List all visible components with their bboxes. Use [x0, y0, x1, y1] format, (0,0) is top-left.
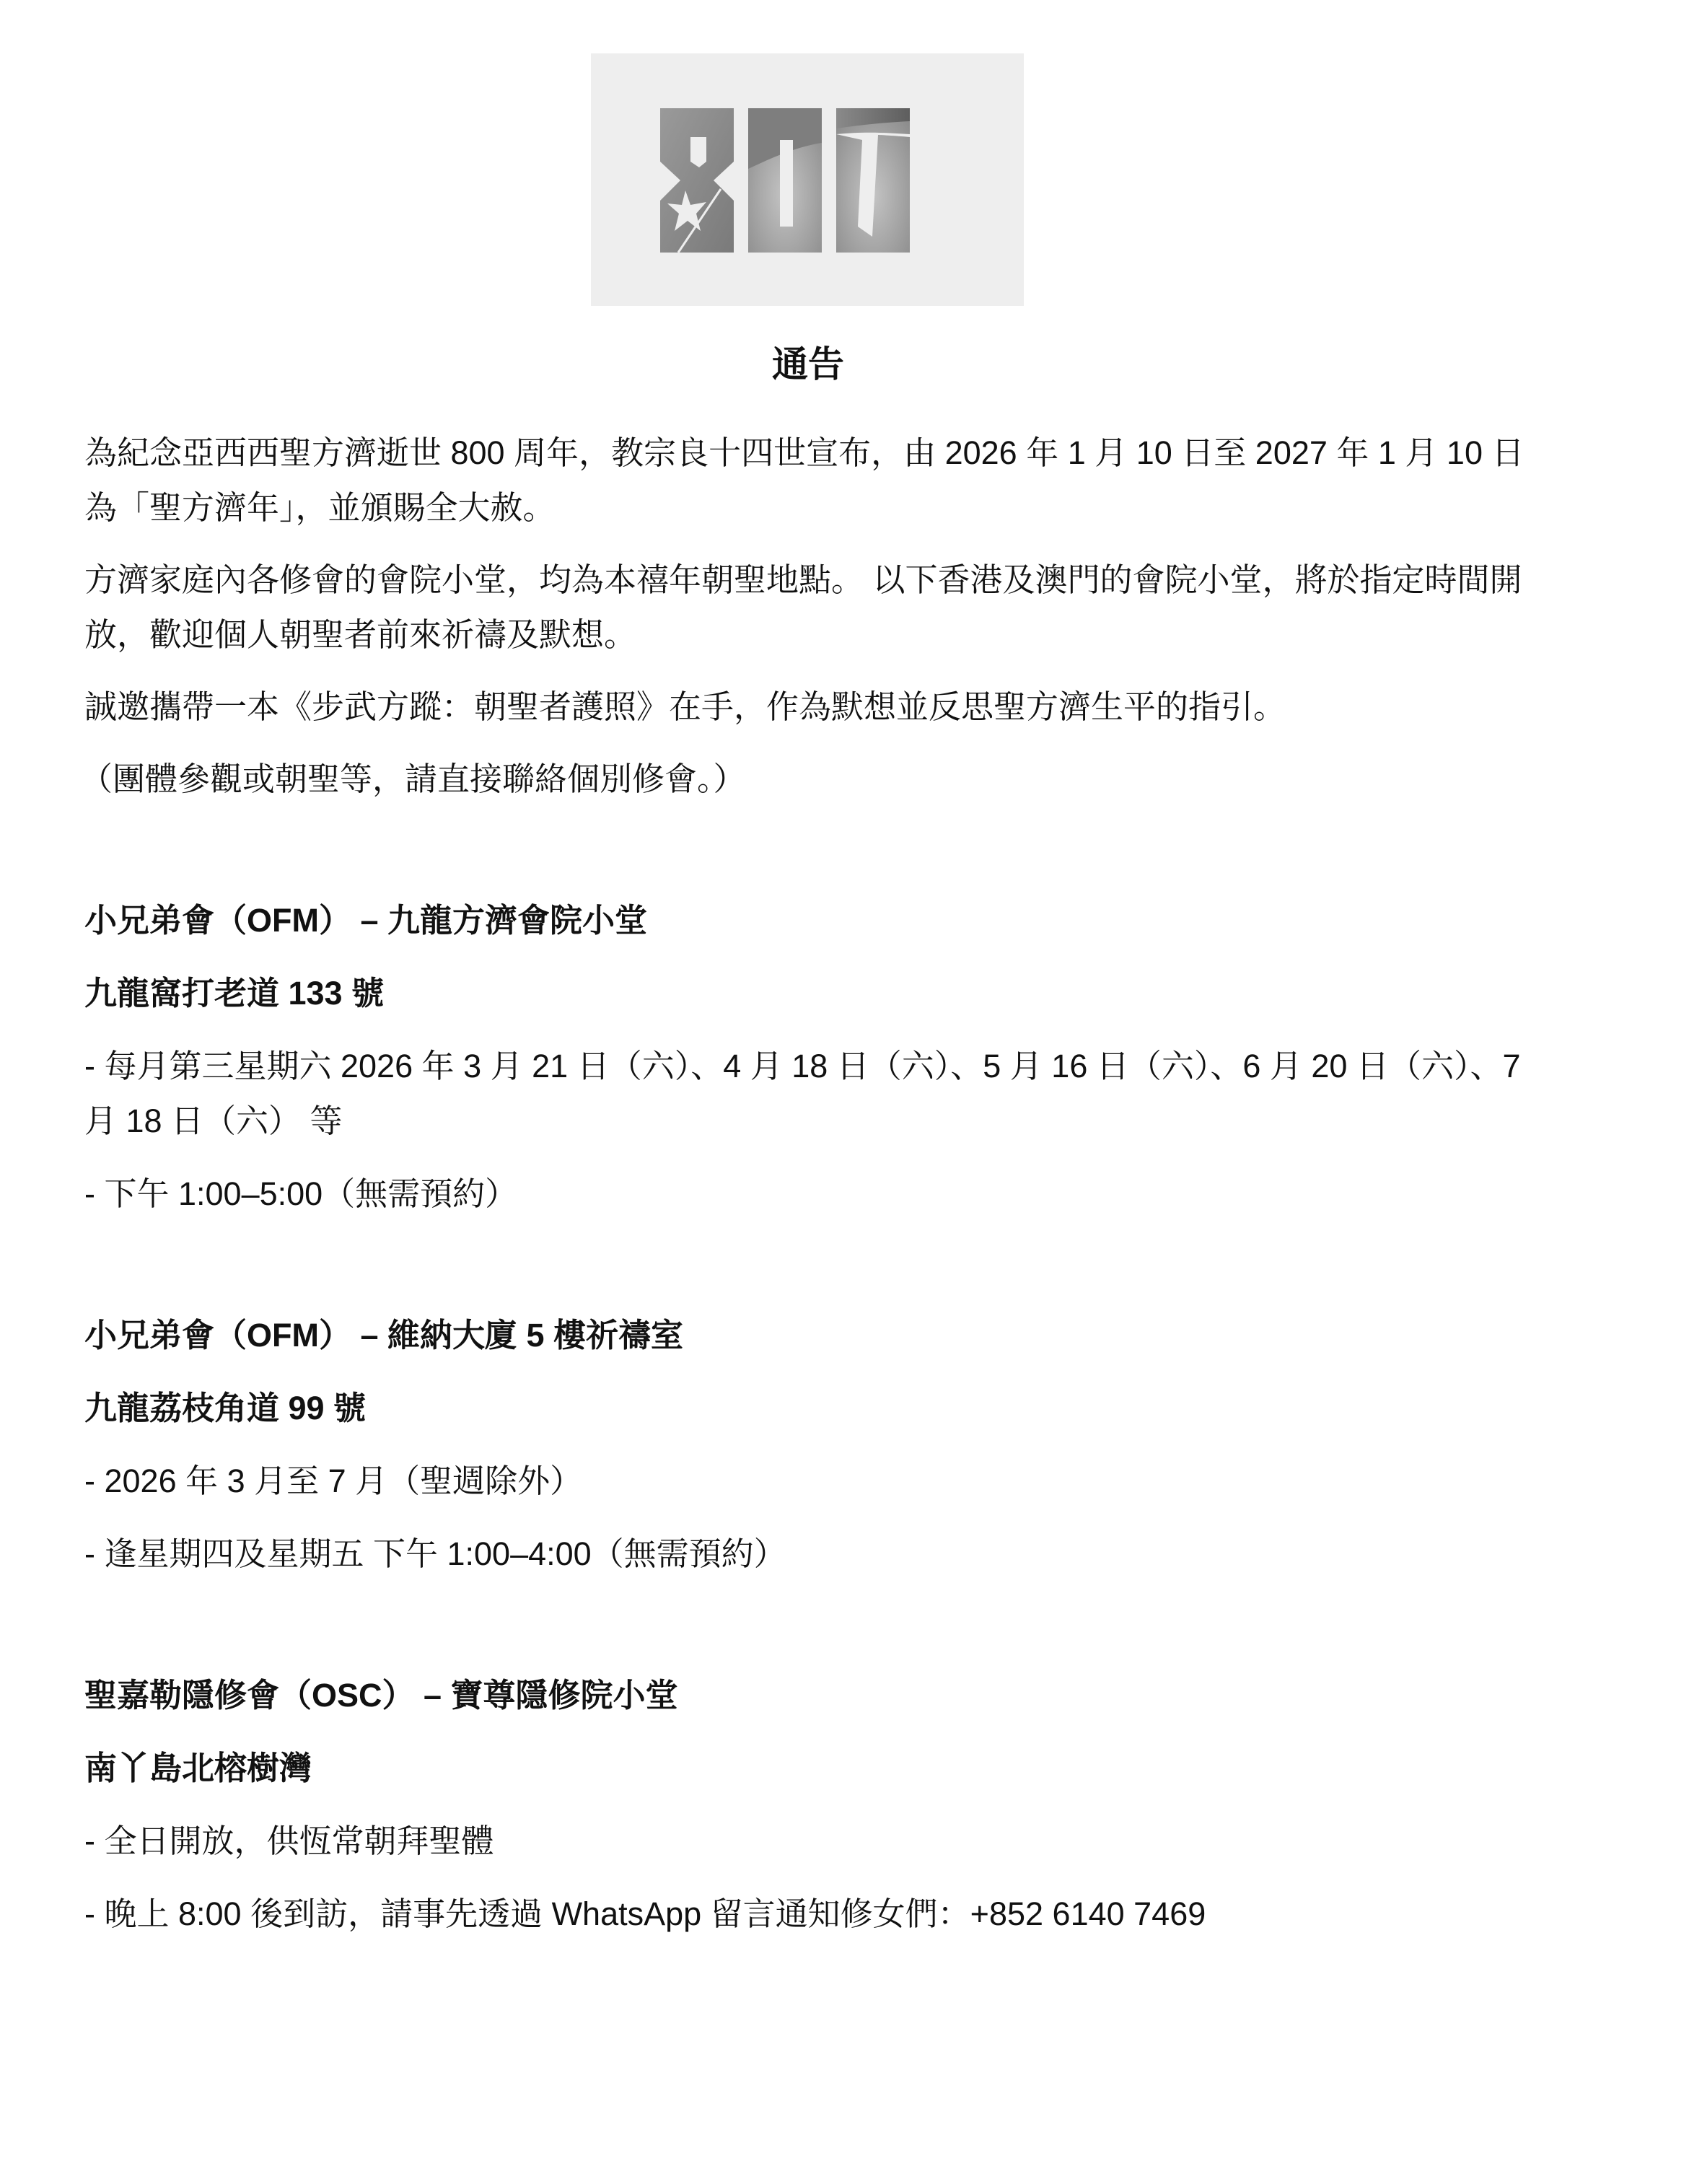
venue-address: 九龍荔枝角道 99 號 [84, 1381, 1542, 1436]
page-title: 通告 [0, 339, 1616, 390]
logo [591, 53, 1024, 306]
venue-section-ofm-prayer-room: 小兄弟會（OFM） – 維納大廈 5 樓祈禱室 九龍荔枝角道 99 號 - 20… [84, 1308, 1542, 1582]
intro-paragraph: 方濟家庭內各修會的會院小堂，均為本禧年朝聖地點。 以下香港及澳門的會院小堂，將於… [84, 553, 1542, 662]
venue-schedule-item: - 每月第三星期六 2026 年 3 月 21 日（六）、4 月 18 日（六）… [84, 1039, 1542, 1149]
800-anniversary-logo-icon [591, 53, 1024, 306]
notice-page: 通告 為紀念亞西西聖方濟逝世 800 周年，教宗良十四世宣布，由 2026 年 … [0, 0, 1702, 2184]
venue-heading: 小兄弟會（OFM） – 維納大廈 5 樓祈禱室 [84, 1308, 1542, 1363]
venue-address: 南丫島北榕樹灣 [84, 1741, 1542, 1796]
venue-heading: 小兄弟會（OFM） – 九龍方濟會院小堂 [84, 893, 1542, 948]
venue-section-osc-monastery: 聖嘉勒隱修會（OSC） – 寶尊隱修院小堂 南丫島北榕樹灣 - 全日開放，供恆常… [84, 1668, 1542, 1942]
venue-contact-item: - 晚上 8:00 後到訪，請事先透過 WhatsApp 留言通知修女們：+85… [84, 1887, 1542, 1942]
venue-schedule-item: - 全日開放，供恆常朝拜聖體 [84, 1814, 1542, 1869]
notice-content: 為紀念亞西西聖方濟逝世 800 周年，教宗良十四世宣布，由 2026 年 1 月… [84, 426, 1542, 1960]
venue-schedule-item: - 2026 年 3 月至 7 月（聖週除外） [84, 1454, 1542, 1509]
venue-address: 九龍窩打老道 133 號 [84, 966, 1542, 1021]
venue-schedule-item: - 逢星期四及星期五 下午 1:00–4:00（無需預約） [84, 1527, 1542, 1582]
intro-paragraph: 誠邀攜帶一本《步武方蹤：朝聖者護照》在手，作為默想並反思聖方濟生平的指引。 [84, 680, 1542, 734]
venue-heading: 聖嘉勒隱修會（OSC） – 寶尊隱修院小堂 [84, 1668, 1542, 1723]
venue-schedule-item: - 下午 1:00–5:00（無需預約） [84, 1167, 1542, 1222]
venue-section-ofm-kowloon: 小兄弟會（OFM） – 九龍方濟會院小堂 九龍窩打老道 133 號 - 每月第三… [84, 893, 1542, 1222]
intro-note: （團體參觀或朝聖等，請直接聯絡個別修會。） [80, 752, 1542, 807]
intro-paragraph: 為紀念亞西西聖方濟逝世 800 周年，教宗良十四世宣布，由 2026 年 1 月… [84, 426, 1542, 535]
